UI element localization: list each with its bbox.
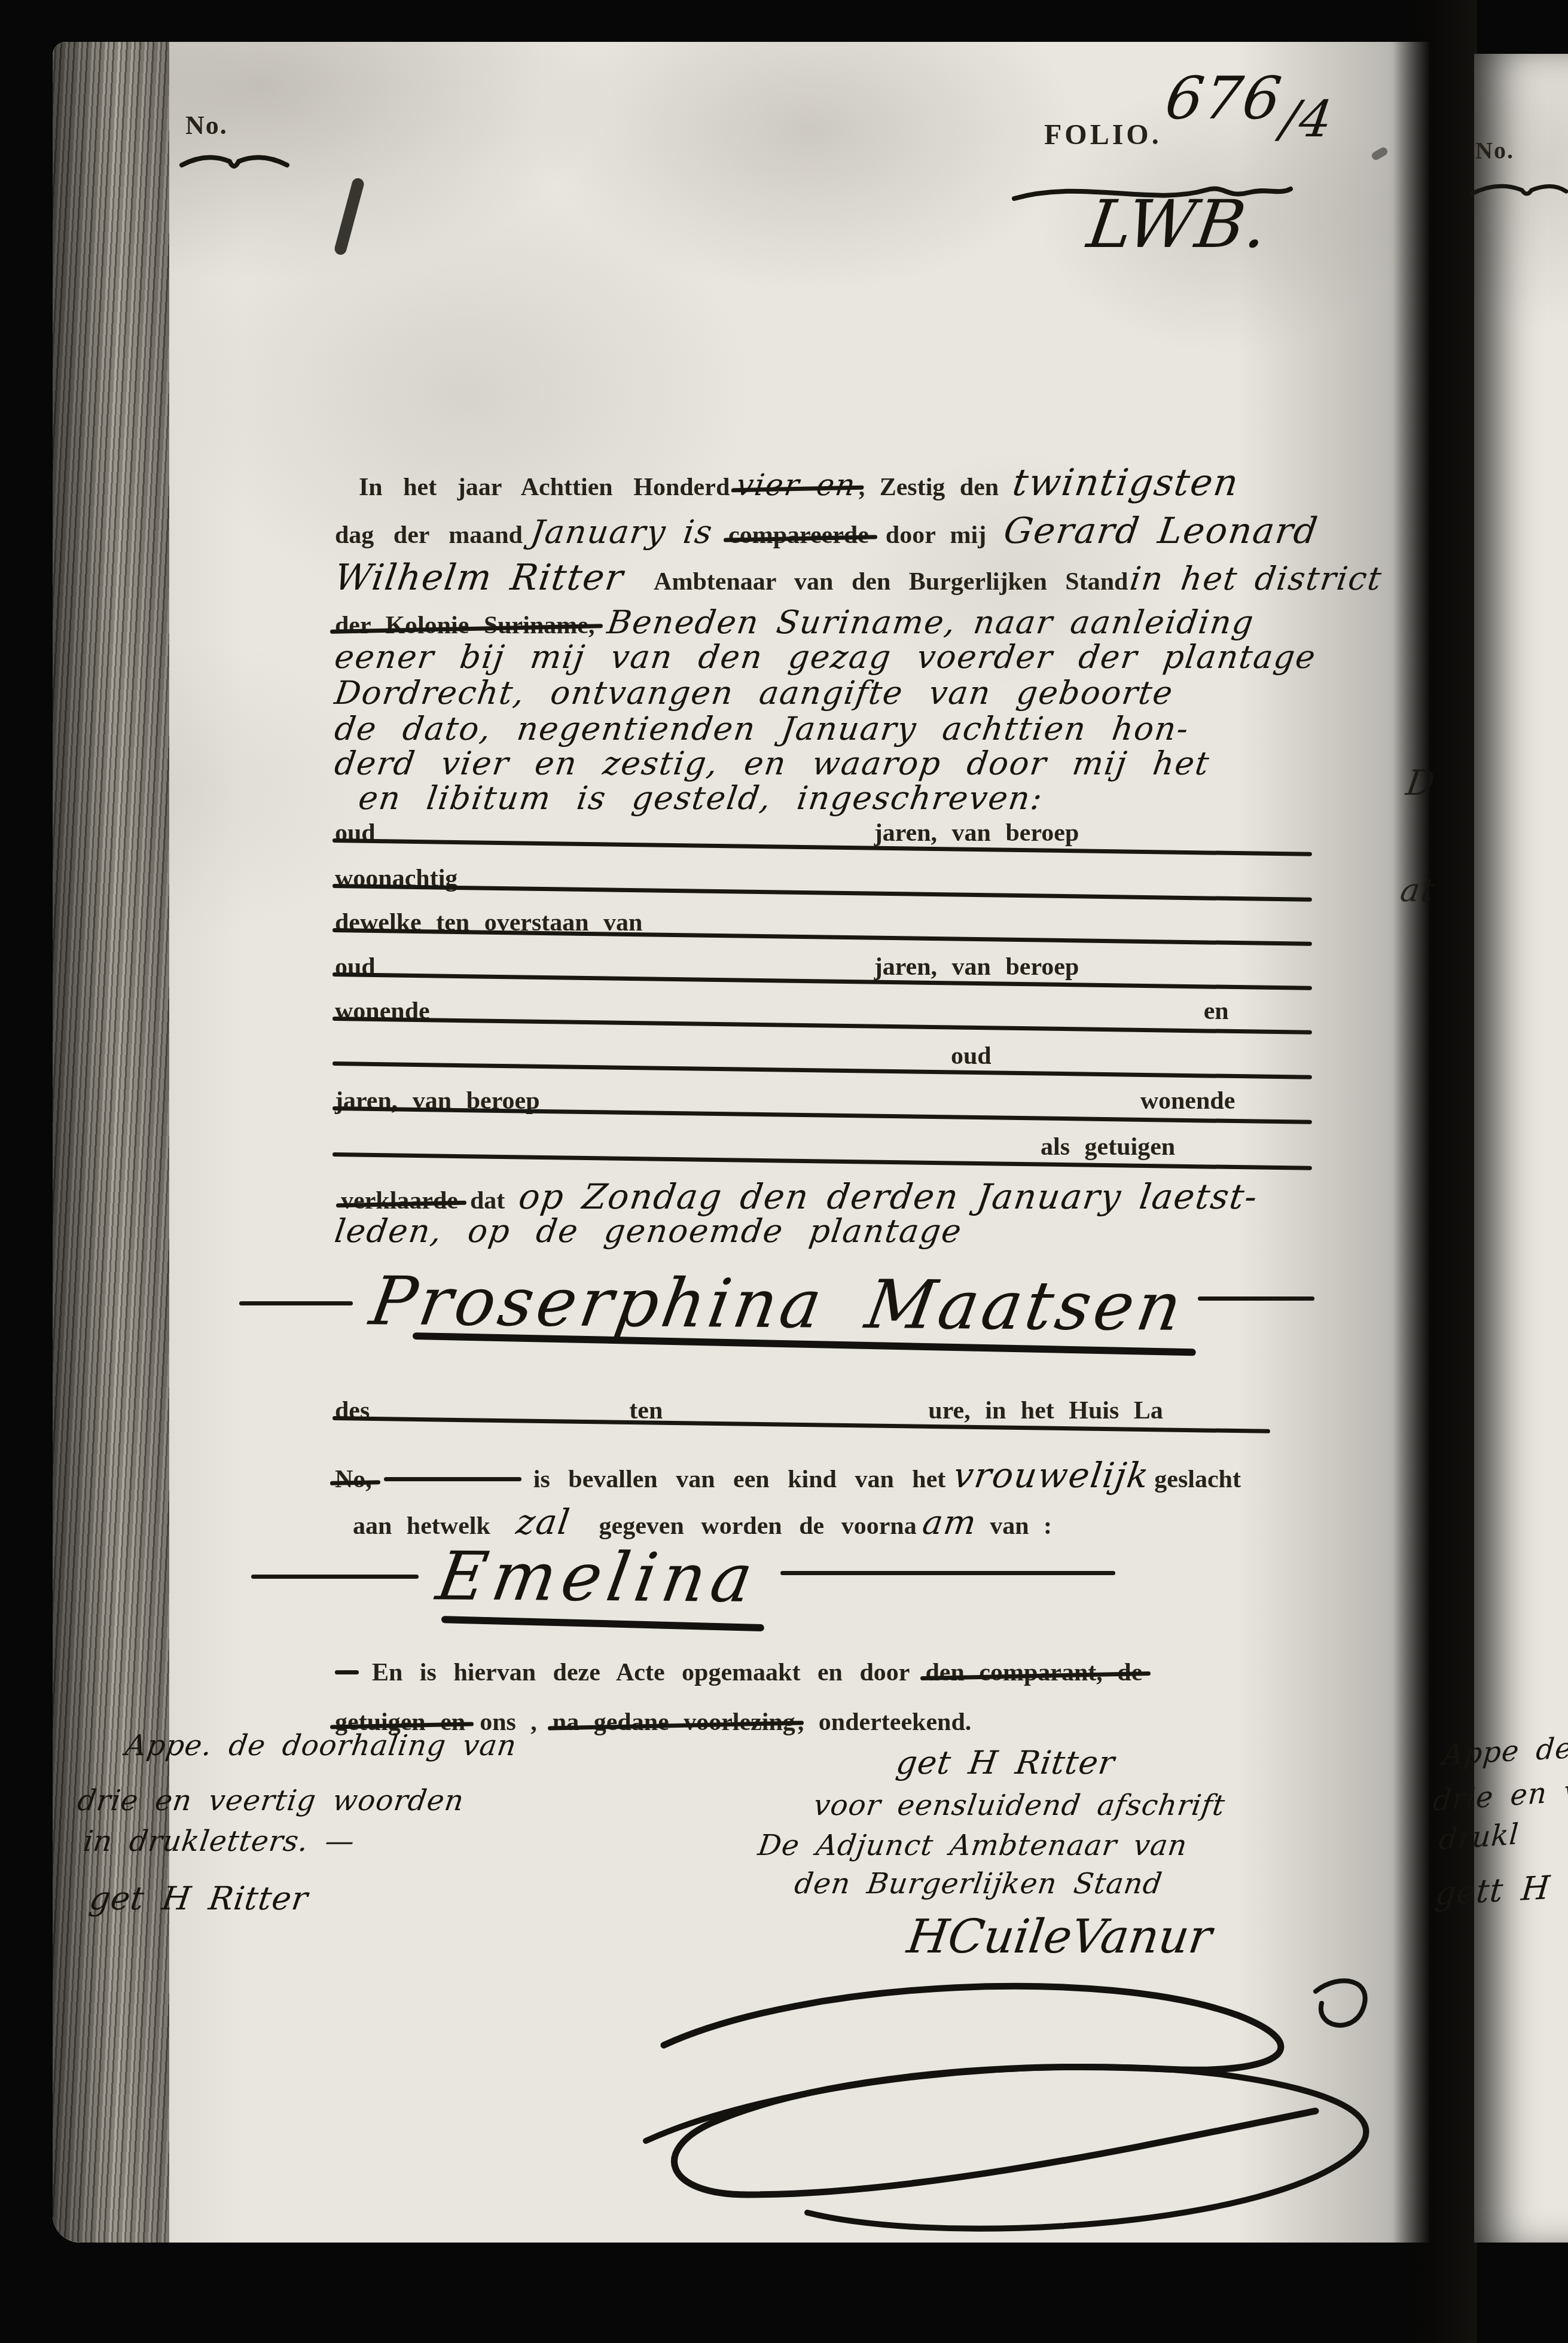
act-line-bevallen: No, is bevallen van een kind van het vro… xyxy=(335,1458,1241,1493)
printed-text-struck: jaren, van beroep xyxy=(874,819,1079,847)
dash-rule xyxy=(780,1571,1115,1575)
printed-text-struck: jaren, van beroep xyxy=(874,953,1079,981)
printed-text: En is hiervan deze Acte opgemaakt en doo… xyxy=(372,1659,910,1686)
dash-rule xyxy=(239,1301,353,1305)
handwritten-text: Appe. de doorhaling van xyxy=(124,1731,518,1760)
handwritten-text: op Zondag den derden January laetst- xyxy=(517,1179,1261,1214)
printed-text-struck: dewelke ten overstaan van xyxy=(335,909,642,936)
mother-name: Proserphina Maatsen xyxy=(366,1268,1190,1340)
printed-text-struck: den comparant, de xyxy=(925,1659,1142,1686)
printed-text-struck: wonende xyxy=(1140,1087,1236,1115)
printed-text: dat xyxy=(470,1187,505,1215)
handwritten-text: at xyxy=(1398,874,1437,907)
printed-text-struck: als getuigen xyxy=(1041,1133,1175,1161)
printed-text-struck: woonachtig xyxy=(335,865,457,892)
handwritten-text: voor eensluidend afschrift xyxy=(812,1791,1227,1820)
act-line-hw: de dato, negentienden January achttien h… xyxy=(335,713,1189,745)
margin-note-line: get H Ritter xyxy=(90,1883,308,1915)
blank-line-struck: jaren, van beroep wonende xyxy=(335,1088,1310,1113)
printed-text: is bevallen van een kind van het xyxy=(533,1466,945,1493)
next-page-no-flourish xyxy=(1468,177,1568,202)
handwritten-text: gett H xyxy=(1434,1872,1552,1910)
act-line-declaration: verklaarde dat op Zondag den derden Janu… xyxy=(341,1179,1258,1214)
handwritten-text: eener bij mij van den gezag voerder der … xyxy=(332,641,1318,673)
printed-text: door mij xyxy=(886,521,986,549)
printed-text-struck: oud xyxy=(335,953,376,981)
printed-text: geslacht xyxy=(1154,1466,1241,1493)
child-name: Emelina xyxy=(432,1543,763,1612)
register-page: No. FOLIO. 676/4 LWB. In het jaar Achtti… xyxy=(53,42,1429,2243)
dash-rule xyxy=(335,1670,359,1674)
folio-number-main: 676 xyxy=(1162,69,1286,128)
handwritten-text: Beneden Suriname, naar aanleiding xyxy=(606,606,1257,639)
next-page-no-field: No. xyxy=(1475,139,1514,163)
act-line-hw: eener bij mij van den gezag voerder der … xyxy=(335,641,1316,673)
dash-rule xyxy=(251,1575,419,1579)
no-label: No. xyxy=(185,111,228,140)
next-page-note-fragment: drukl xyxy=(1438,1820,1520,1854)
folio-number: 676/4 xyxy=(1166,69,1333,144)
handwritten-text: twintigsten xyxy=(1011,464,1241,501)
handwritten-text: vrouwelijk xyxy=(951,1458,1152,1493)
printed-text-struck: oud xyxy=(951,1042,992,1070)
printed-text: aan hetwelk xyxy=(353,1512,490,1540)
blank-line-struck: oud xyxy=(335,1044,1310,1069)
handwritten-text: vier en xyxy=(735,470,858,500)
page-edge-fragment: at xyxy=(1401,874,1435,907)
certification-line: get H Ritter xyxy=(896,1747,1115,1779)
printed-text-struck: ten xyxy=(629,1397,663,1424)
handwritten-text: den Burgerlijken Stand xyxy=(793,1869,1164,1898)
printed-text: van : xyxy=(990,1512,1052,1540)
signature-flourish xyxy=(628,1955,1429,2243)
handwritten-text: de dato, negentienden January achttien h… xyxy=(332,713,1191,745)
act-line-hw: Dordrecht, ontvangen aangifte van geboor… xyxy=(335,677,1173,709)
dash-rule xyxy=(1198,1296,1314,1301)
printed-text-struck: wonende xyxy=(335,997,430,1025)
handwritten-text: January is xyxy=(529,516,715,548)
printed-text: In het jaar Achttien Honderd xyxy=(359,474,730,501)
blank-line-struck: woonachtig xyxy=(335,866,1310,891)
handwritten-text: leden, op de genoemde plantage xyxy=(332,1215,964,1247)
next-page-note-fragment: gett H xyxy=(1435,1872,1551,1910)
blank-line-struck: des ten ure, in het Huis La xyxy=(335,1398,1268,1423)
printed-text: dag der maand xyxy=(335,521,523,549)
blank-line-struck: wonende en xyxy=(335,999,1310,1024)
act-line-official: Wilhelm Ritter Ambtenaar van den Burgerl… xyxy=(335,560,1382,596)
name-underline xyxy=(441,1616,764,1631)
handwritten-text: get H Ritter xyxy=(894,1747,1116,1779)
printed-text-struck: en xyxy=(1204,997,1229,1025)
printed-text-struck: der Kolonie Suriname, xyxy=(335,612,594,639)
next-page-sliver xyxy=(1474,54,1568,2243)
printed-text-struck: ure, in het Huis La xyxy=(928,1397,1163,1424)
blank-line-struck: als getuigen xyxy=(335,1134,1310,1160)
handwritten-text: Wilhelm Ritter xyxy=(332,560,627,596)
handwritten-text: get H Ritter xyxy=(87,1883,310,1915)
handwritten-text: drukl xyxy=(1438,1820,1520,1854)
ink-smudge xyxy=(333,177,365,257)
act-line-month: dag der maand January is compareerde doo… xyxy=(335,513,1318,549)
blank-line-struck: dewelke ten overstaan van xyxy=(335,910,1310,935)
folio-field: FOLIO. xyxy=(1044,121,1162,150)
official-signature: HCuileVanur xyxy=(908,1914,1211,1960)
handwritten-text: zal xyxy=(514,1505,573,1539)
act-line-hw: leden, op de genoemde plantage xyxy=(335,1215,962,1247)
certification-line: De Adjunct Ambtenaar van xyxy=(758,1831,1187,1860)
act-line-district: der Kolonie Suriname, Beneden Suriname, … xyxy=(335,606,1255,639)
printed-text: , onderteekend. xyxy=(798,1709,972,1736)
handwritten-text: en libitum is gesteld, ingeschreven: xyxy=(356,782,1045,814)
blank-line-struck: oud jaren, van beroep xyxy=(335,820,1310,846)
child-name-line: Emelina xyxy=(251,1544,1115,1611)
handwritten-text: drie en veertig woorden xyxy=(76,1786,466,1815)
printed-text: gegeven worden de voorna xyxy=(599,1512,917,1540)
no-brace-flourish xyxy=(177,147,292,175)
handwritten-text: in drukletters. — xyxy=(82,1827,357,1856)
folio-label: FOLIO. xyxy=(1044,119,1162,151)
certification-line: voor eensluidend afschrift xyxy=(814,1791,1225,1820)
register-initials: LWB. xyxy=(1088,191,1268,257)
blank-line-struck: oud jaren, van beroep xyxy=(335,954,1310,980)
act-line-hw: en libitum is gesteld, ingeschreven: xyxy=(359,782,1043,814)
printed-text-struck: jaren, van beroep xyxy=(335,1087,540,1115)
act-line-hw: derd vier en zestig, en waarop door mij … xyxy=(335,748,1210,780)
no-field: No. xyxy=(185,112,228,139)
printed-text-struck: na gedane voorlezing xyxy=(553,1709,795,1736)
act-line-year: In het jaar Achttien Honderd vier en , Z… xyxy=(359,464,1239,501)
handwritten-text: Gerard Leonard xyxy=(1002,513,1320,549)
handwritten-text: D xyxy=(1404,765,1438,800)
page-edge-fragment: D xyxy=(1407,765,1436,800)
handwritten-text: Dordrecht, ontvangen aangifte van geboor… xyxy=(332,677,1176,709)
act-line-closing: En is hiervan deze Acte opgemaakt en doo… xyxy=(335,1660,1142,1685)
certification-line: den Burgerlijken Stand xyxy=(795,1869,1162,1898)
handwritten-text: Appe de xyxy=(1441,1734,1568,1770)
handwritten-text: in het district xyxy=(1128,563,1385,595)
printed-text-struck: des xyxy=(335,1397,370,1424)
blank-fill-line xyxy=(384,1477,521,1481)
signature-text: HCuileVanur xyxy=(905,1914,1215,1960)
printed-text: , Zestig den xyxy=(859,474,999,501)
mother-name-line: Proserphina Maatsen xyxy=(239,1271,1314,1338)
handwritten-text: derd vier en zestig, en waarop door mij … xyxy=(332,748,1212,780)
folio-number-suffix: /4 xyxy=(1278,94,1337,144)
printed-text-struck: verklaarde xyxy=(341,1187,458,1215)
book-scan: No. FOLIO. 676/4 LWB. In het jaar Achtti… xyxy=(0,0,1568,2343)
no-label: No. xyxy=(1475,137,1514,164)
printed-text-struck: oud xyxy=(335,819,376,847)
handwritten-text: De Adjunct Ambtenaar van xyxy=(756,1831,1189,1860)
handwritten-text: am xyxy=(920,1506,979,1540)
printed-text-struck: compareerde xyxy=(728,521,869,549)
act-line-voornaam: aan hetwelk zal gegeven worden de voorna… xyxy=(353,1505,1052,1540)
next-page-note-fragment: Appe de xyxy=(1442,1734,1568,1769)
printed-text: Ambtenaar van den Burgerlijken Stand xyxy=(654,568,1128,596)
book-gutter xyxy=(1393,0,1477,2343)
margin-note-line: Appe. de doorhaling van xyxy=(126,1731,517,1760)
margin-note-line: drie en veertig woorden xyxy=(78,1786,464,1815)
printed-text-struck: No, xyxy=(335,1466,372,1493)
margin-note-line: in drukletters. — xyxy=(84,1827,355,1856)
ink-speck xyxy=(1370,146,1389,161)
